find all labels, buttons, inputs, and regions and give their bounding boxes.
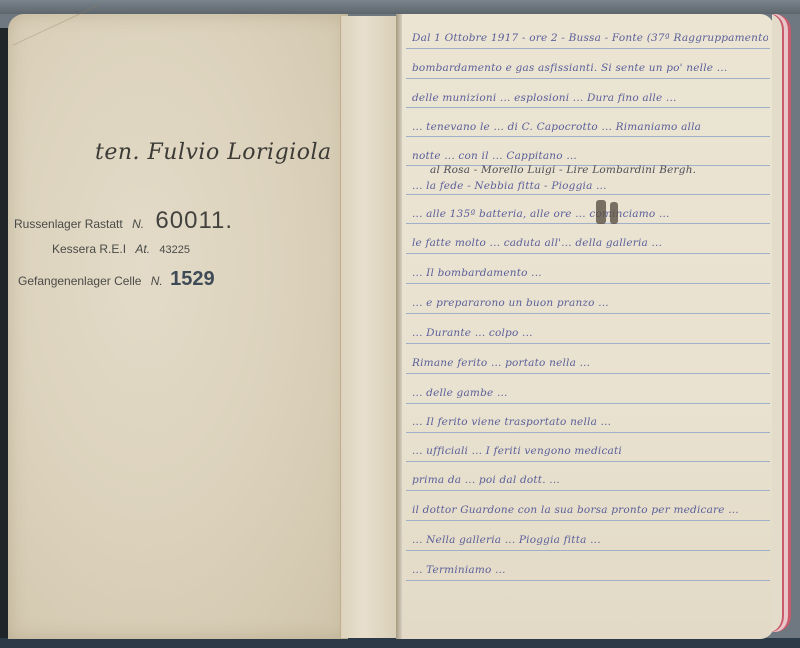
stamp-number: 43225 xyxy=(159,244,190,256)
paper-crease xyxy=(13,5,123,96)
handwriting-line: notte ... con il ... Cappitano ... xyxy=(412,150,768,162)
background-top xyxy=(0,0,800,14)
stamp-label: Russenlager Rastatt xyxy=(14,217,123,231)
stamp-abbr: N. xyxy=(151,274,163,288)
stamp-label: Kessera R.E.I xyxy=(52,242,126,256)
ruled-line xyxy=(406,78,770,79)
inside-cover-page xyxy=(8,14,348,639)
ink-stain xyxy=(610,202,618,224)
handwriting-line: Rimane ferito ... portato nella ... xyxy=(412,357,768,369)
handwriting-line: il dottor Guardone con la sua borsa pron… xyxy=(412,504,768,516)
handwriting-line: Dal 1 Ottobre 1917 - ore 2 - Bussa - Fon… xyxy=(412,32,768,44)
ruled-line xyxy=(406,550,770,551)
handwriting-line: ... la fede - Nebbia fitta - Pioggia ... xyxy=(412,180,768,192)
ruled-line xyxy=(406,520,770,521)
ruled-line xyxy=(406,283,770,284)
ruled-line xyxy=(406,194,770,195)
ruled-line xyxy=(406,343,770,344)
handwriting-line: ... e prepararono un buon pranzo ... xyxy=(412,297,768,309)
handwriting-line: delle munizioni ... esplosioni ... Dura … xyxy=(412,92,768,104)
handwriting-line: ... ufficiali ... I feriti vengono medic… xyxy=(412,445,768,457)
handwriting-line: ... tenevano le ... di C. Capocrotto ...… xyxy=(412,121,768,133)
ruled-line xyxy=(406,373,770,374)
handwriting-line: bombardamento e gas asfissianti. Si sent… xyxy=(412,62,768,74)
stamp-number: 60011. xyxy=(155,207,233,234)
handwriting-line: ... delle gambe ... xyxy=(412,387,768,399)
stamp-russenlager: Russenlager Rastatt N. 60011. xyxy=(14,207,233,235)
handwriting-line: ... Nella galleria ... Pioggia fitta ... xyxy=(412,534,768,546)
ruled-line xyxy=(406,48,770,49)
handwriting-line: ... Il ferito viene trasportato nella ..… xyxy=(412,416,768,428)
handwriting-line: le fatte molto ... caduta all'... della … xyxy=(412,237,768,249)
ink-stain xyxy=(596,200,606,224)
handwriting-line: prima da ... poi dal dott. ... xyxy=(412,474,768,486)
ruled-line xyxy=(406,253,770,254)
handwriting-line: ... Terminiamo ... xyxy=(412,564,768,576)
stamp-abbr: N. xyxy=(132,217,144,231)
ruled-line xyxy=(406,580,770,581)
ruled-line xyxy=(406,223,770,224)
stamp-gefangenenlager: Gefangenenlager Celle N. 1529 xyxy=(18,268,215,291)
handwriting-line: al Rosa - Morello Luigi - Lire Lombardin… xyxy=(430,164,786,176)
cover-flap xyxy=(340,16,399,638)
stamp-number: 1529 xyxy=(170,268,215,290)
ruled-line xyxy=(406,490,770,491)
ruled-line xyxy=(406,403,770,404)
page-edge-red xyxy=(772,14,791,632)
handwriting-line: ... Durante ... colpo ... xyxy=(412,327,768,339)
ruled-line xyxy=(406,432,770,433)
ruled-line xyxy=(406,461,770,462)
handwriting-line: ... alle 135ª batteria, alle ore ... com… xyxy=(412,208,768,220)
ruled-line xyxy=(406,136,770,137)
stamp-kessera: Kessera R.E.I At. 43225 xyxy=(52,242,190,256)
ruled-line xyxy=(406,313,770,314)
stamp-label: Gefangenenlager Celle xyxy=(18,274,141,288)
stamp-abbr: At. xyxy=(135,242,150,256)
owner-name: ten. Fulvio Lorigiola xyxy=(95,140,332,165)
handwriting-line: ... Il bombardamento ... xyxy=(412,267,768,279)
ruled-line xyxy=(406,107,770,108)
background-bottom xyxy=(0,638,800,648)
